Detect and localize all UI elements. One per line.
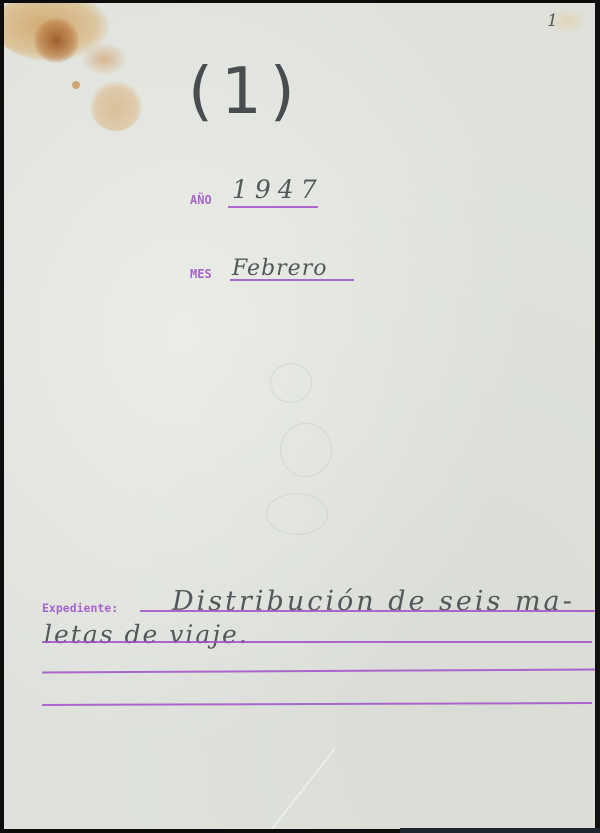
expediente-line-2: letas de viaje. [44, 620, 249, 649]
year-underline [228, 206, 318, 208]
month-underline [230, 279, 354, 281]
bleed-through-mark [270, 363, 312, 403]
document-page: 1 (1) AÑO 1947 MES Febrero Expediente: D… [4, 3, 595, 829]
stain-mark [34, 18, 79, 63]
expediente-rule-1 [140, 610, 595, 612]
month-value: Febrero [232, 256, 327, 281]
stain-mark [4, 3, 109, 61]
year-label: AÑO [190, 193, 212, 207]
page-corner-number: 1 [547, 11, 558, 31]
paper-crease [266, 748, 335, 829]
year-value: 1947 [232, 175, 324, 204]
file-number: (1) [188, 55, 303, 129]
expediente-rule-4 [42, 702, 592, 706]
bleed-through-mark [280, 423, 332, 477]
stain-mark [82, 43, 127, 75]
bleed-through-mark [266, 493, 328, 535]
expediente-rule-3 [42, 669, 595, 674]
expediente-label: Expediente: [42, 601, 118, 615]
scan-frame-edge [595, 0, 600, 833]
month-label: MES [190, 267, 212, 281]
expediente-rule-2 [42, 641, 592, 643]
expediente-line-1: Distribución de seis ma- [172, 586, 575, 617]
stain-mark [72, 81, 80, 89]
scan-frame-shadow [400, 828, 600, 833]
stain-mark [90, 81, 142, 131]
